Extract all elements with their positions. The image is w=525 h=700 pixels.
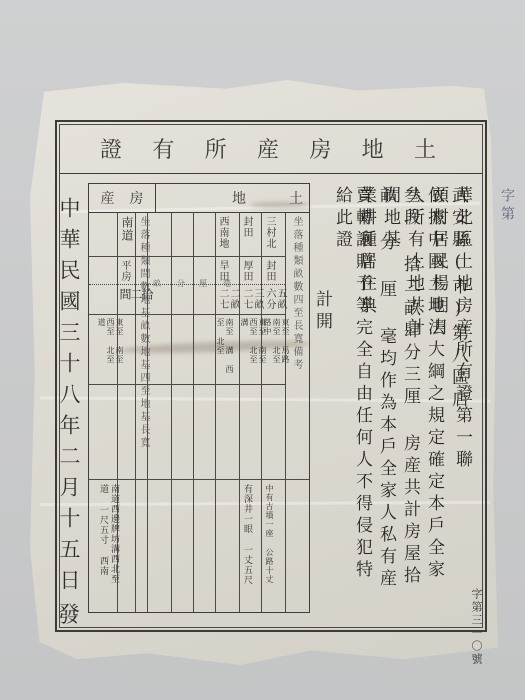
land-3-type: 旱田 (217, 260, 228, 284)
title-char: 産 (257, 133, 281, 164)
land-labels: 坐落種類畝數四至長寬備考 (289, 216, 304, 372)
issue-label: 發 (58, 598, 80, 629)
grid-line (215, 212, 216, 612)
land-3-boundaries: 南至 溝 西至 北至 (216, 318, 234, 382)
title-char: 地 (362, 133, 386, 164)
grid-line (89, 314, 285, 315)
title-char: 所 (205, 133, 229, 164)
house-type: 平房 (119, 260, 130, 284)
land-2-location: 封田 (241, 216, 252, 256)
unit-label: 畝 (153, 278, 161, 289)
land-remarks-2: 中有古墳一座 公路十丈 (264, 484, 275, 584)
list-heading: 計開 (312, 290, 332, 334)
property-table: 産 房 地 土 畝 分 厘 毫 坐落種類間數地基畝數地基四至地基長寬 坐落種類畝… (88, 183, 310, 613)
header-char: 房 (130, 188, 144, 208)
unit-label: 分 (177, 278, 185, 289)
grid-line (89, 256, 285, 257)
grid-line (171, 212, 172, 612)
header-char: 産 (101, 188, 115, 208)
title-char: 有 (152, 133, 176, 164)
title-char: 證 (100, 133, 124, 164)
land-1-location: 三村北 (264, 216, 275, 256)
grid-line (89, 284, 285, 286)
grid-line (89, 479, 309, 480)
grid-line (193, 212, 194, 612)
house-boundaries: 東至 南至 西至 北至 道 (97, 318, 124, 382)
header-char: 地 (232, 188, 246, 208)
land-3-location: 西南地 (217, 216, 228, 256)
certificate-title: 證 有 所 産 房 地 土 (60, 124, 482, 174)
land-remarks-1: 有深井一眼 一丈五尺 (241, 484, 252, 604)
serial-number: 字第三一〇號 (468, 588, 484, 666)
land-1-boundaries: 東至 馬路 南至 北至 路中 (263, 318, 290, 382)
grid-line (261, 212, 262, 612)
house-location: 南道 (121, 216, 132, 256)
title-char: 房 (309, 133, 333, 164)
land-2-area: 三畝 二七 (241, 288, 263, 314)
grid-line (89, 384, 285, 385)
land-2-boundaries: 東至 南至 西至 北至 溝 (240, 318, 267, 382)
header-char: 土 (289, 188, 303, 208)
house-rooms: 拾 二 間 (119, 288, 152, 314)
header-house: 産 房 (89, 184, 156, 212)
table-header: 産 房 地 土 (89, 184, 309, 213)
header-land: 地 土 (156, 184, 309, 212)
unit-label: 厘 (199, 278, 207, 289)
house-remarks: 南道西邊牌坊溝西北至 道 一尺五寸 西南 (97, 484, 119, 604)
issue-date: 中華民國三十八年二月十五日 (56, 178, 82, 618)
land-3-area: 二畝 二七 (217, 288, 239, 314)
margin-stamp: 字第 (497, 188, 517, 224)
house-labels: 坐落種類間數地基畝數地基四至地基長寬 (136, 216, 151, 450)
title-char: 土 (414, 133, 438, 164)
body-line-rights: 賣轉讓贈予等完全自由任何人不得侵犯特給此證 (332, 186, 372, 596)
land-2-type: 厚田 (241, 260, 252, 284)
land-1-area: 五畝 六分 (264, 288, 286, 314)
grid-line (285, 212, 286, 612)
grid-line (239, 212, 240, 612)
land-1-type: 封田 (264, 260, 275, 284)
